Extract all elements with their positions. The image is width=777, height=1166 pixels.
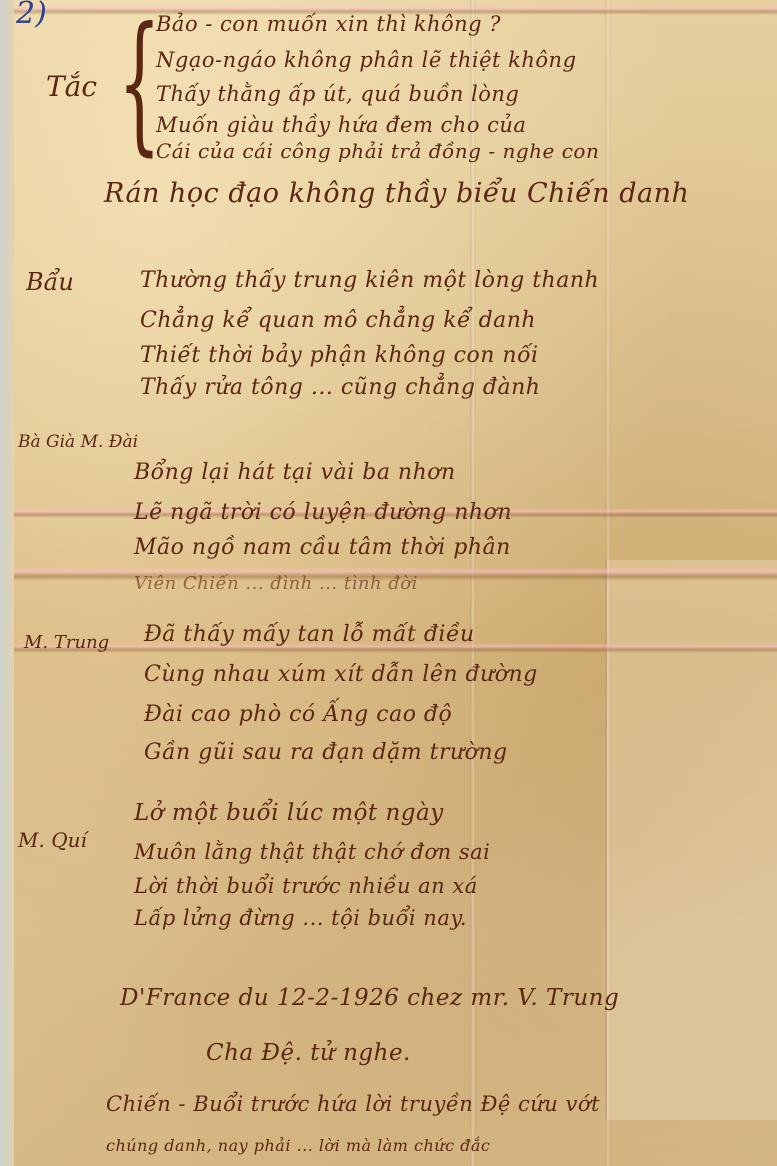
date-line: D'France du 12-2-1926 chez mr. V. Trung [120, 985, 619, 1011]
verse-line: Thường thấy trung kiên một lòng thanh [140, 268, 599, 293]
verse-line: Thấy rửa tông ... cũng chẳng đành [140, 375, 540, 400]
verse-line: Đã thấy mấy tan lỗ mất điều [144, 622, 475, 647]
verse-line: Lời thời buổi trước nhiều an xá [134, 874, 478, 898]
closing-line: Chiến - Buổi trước hứa lời truyền Đệ cứu… [106, 1092, 600, 1116]
verse-line: Lở một buổi lúc một ngày [134, 800, 444, 826]
verse-line: Cái của cái công phải trả đồng - nghe co… [156, 139, 599, 163]
scan-edge [0, 0, 14, 1166]
verse-line: Lấp lửng đừng ... tội buổi nay. [134, 906, 467, 930]
verse-line: Chẳng kể quan mô chẳng kể danh [140, 308, 536, 333]
manuscript-page: 2) Tắc { Bảo - con muốn xin thì không ? … [0, 0, 777, 1166]
verse-line: Ngạo-ngáo không phân lẽ thiệt không [156, 48, 577, 72]
verse-line: Gần gũi sau ra đạn dặm trường [144, 740, 508, 765]
verse-line: Bổng lại hát tại vài ba nhơn [134, 460, 456, 485]
verse-line-heading: Rán học đạo không thầy biểu Chiến danh [104, 178, 689, 209]
verse-line: Mão ngồ nam cầu tâm thời phân [134, 535, 511, 560]
verse-line: Bảo - con muốn xin thì không ? [156, 12, 501, 36]
verse-line: Đài cao phò có Ấng cao độ [144, 702, 452, 727]
page-number: 2) [16, 0, 47, 31]
verse-line: Muốn giàu thầy hứa đem cho của [156, 113, 526, 137]
closing-line: chúng danh, nay phải ... lời mà làm chức… [106, 1136, 490, 1155]
subtitle-line: Cha Đệ. tử nghe. [206, 1040, 411, 1066]
brace-icon: { [118, 8, 161, 158]
verse-line: Lẽ ngã trời có luyện đường nhơn [134, 500, 512, 525]
verse-line: Thấy thằng ấp út, quá buồn lòng [156, 82, 519, 106]
verse-line: Muôn lằng thật thật chớ đơn sai [134, 840, 490, 864]
speaker-label: M. Trung [24, 632, 109, 653]
speaker-label: Bà Già M. Đài [18, 432, 138, 452]
verse-line: Thiết thời bảy phận không con nối [140, 343, 539, 368]
verse-line: Viên Chiến ... đình ... tình đời [134, 573, 418, 594]
speaker-label: Bẩu [26, 268, 74, 296]
verse-line: Cùng nhau xúm xít dẫn lên đường [144, 662, 538, 687]
speaker-label: M. Quí [18, 828, 87, 852]
speaker-label: Tắc [46, 70, 97, 103]
